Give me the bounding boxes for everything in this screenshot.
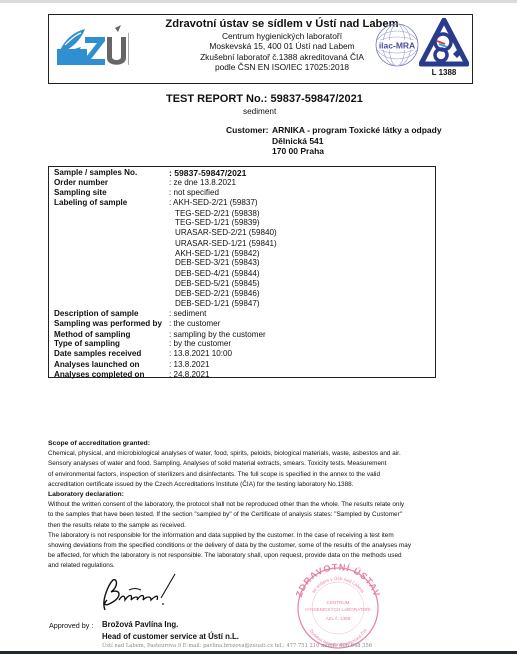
row-key: Sampling was performed by (54, 319, 162, 329)
scope-and-declaration: Scope of accreditation granted: Chemical… (48, 439, 478, 572)
sample-label: URASAR-SED-2/21 (59840) (175, 228, 277, 238)
row-value: : 13.8.2021 (169, 360, 210, 370)
cai-accreditation-icon (419, 18, 469, 68)
row-key: Analyses completed on (54, 370, 144, 380)
declaration-line: The laboratory is not responsible for th… (48, 531, 478, 541)
svg-text:AZL č. 1388: AZL č. 1388 (326, 616, 351, 621)
svg-text:se sídlem v Ústí nad Labem: se sídlem v Ústí nad Labem (311, 575, 366, 594)
row-value: : not specified (169, 188, 219, 198)
row-value: : ze dne 13.8.2021 (169, 178, 236, 188)
signature-icon (95, 570, 185, 616)
report-subtitle: sediment (243, 107, 276, 116)
row-value: : 24.8.2021 (169, 370, 210, 380)
row-key: Sample / samples No. (54, 168, 137, 178)
sample-label: DEB-SED-2/21 (59846) (175, 289, 260, 299)
row-key: Order number (54, 178, 108, 188)
scope-heading: Scope of accreditation granted: (48, 439, 478, 449)
row-value: : by the customer (169, 339, 231, 349)
approver-contact: Ústí nad Labem, Pasteurova 9 E-mail: pav… (102, 643, 372, 649)
customer-city: 170 00 Praha (272, 146, 442, 157)
row-value: : the customer (169, 319, 220, 329)
declaration-line: be affected, for which the laboratory is… (48, 551, 478, 561)
row-key: Type of sampling (54, 339, 120, 349)
sample-label: DEB-SED-5/21 (59845) (175, 279, 260, 289)
letterhead: Zdravotní ústav se sídlem v Ústí nad Lab… (48, 14, 473, 84)
scope-line: Chemical, physical, and microbiological … (48, 449, 478, 459)
sample-label: DEB-SED-3/21 (59843) (175, 258, 260, 268)
approved-by-label: Approved by : (49, 621, 93, 630)
row-key: Date samples received (54, 349, 141, 359)
row-value: : 13.8.2021 10:00 (169, 349, 232, 359)
customer-street: Dělnická 541 (272, 136, 442, 147)
scope-line: of environmental factors, inspection of … (48, 470, 478, 480)
scope-line: accreditation certificate issued by the … (48, 480, 478, 490)
declaration-line: to the samples that have been tested. If… (48, 510, 478, 520)
svg-text:CENTRUM: CENTRUM (327, 600, 350, 605)
declaration-line: then the results relate to the sample as… (48, 521, 478, 531)
laboratory-stamp-icon: ZDRAVOTNÍ ÚSTAV se sídlem v Ústí nad Lab… (290, 560, 386, 650)
sample-label: DEB-SED-1/21 (59847) (175, 299, 260, 309)
declaration-heading: Laboratory declaration: (48, 490, 478, 500)
top-strip (0, 0, 517, 3)
customer-label: Customer: (226, 125, 269, 135)
sample-label: DEB-SED-4/21 (59844) (175, 269, 260, 279)
svg-text:ilac-MRA: ilac-MRA (379, 41, 415, 51)
sample-label: URASAR-SED-1/21 (59841) (175, 239, 277, 249)
accreditation-code: L 1388 (421, 68, 467, 77)
svg-text:HYGIENICKÝCH LABORATOŘÍ: HYGIENICKÝCH LABORATOŘÍ (305, 605, 371, 612)
scope-line: Sensory analyses of water and food. Samp… (48, 459, 478, 469)
ilac-mra-icon: ilac-MRA (373, 22, 421, 68)
row-value: : sediment (169, 309, 206, 319)
approver-name: Brožová Pavlína Ing. (102, 620, 178, 629)
approver-role: Head of customer service at Ústí n.L. (102, 632, 239, 641)
row-key: Description of sample (54, 309, 139, 319)
zu-logo-icon (55, 23, 131, 67)
row-key: Sampling site (54, 188, 107, 198)
customer-name: ARNIKA - program Toxické látky a odpady (272, 125, 442, 136)
row-key: Analyses launched on (54, 360, 139, 370)
row-value: : 59837-59847/2021 (169, 168, 246, 178)
sample-label: TEG-SED-1/21 (59839) (175, 218, 260, 228)
declaration-line: showing deviations from the specified co… (48, 541, 478, 551)
sample-info-table: Sample / samples No. : 59837-59847/2021 … (48, 166, 436, 378)
customer-address: ARNIKA - program Toxické látky a odpady … (272, 125, 442, 157)
row-value: : AKH-SED-2/21 (59837) (169, 198, 258, 208)
row-key: Labeling of sample (54, 198, 127, 208)
report-title: TEST REPORT No.: 59837-59847/2021 (166, 93, 363, 105)
declaration-line: Without the written consent of the labor… (48, 500, 478, 510)
